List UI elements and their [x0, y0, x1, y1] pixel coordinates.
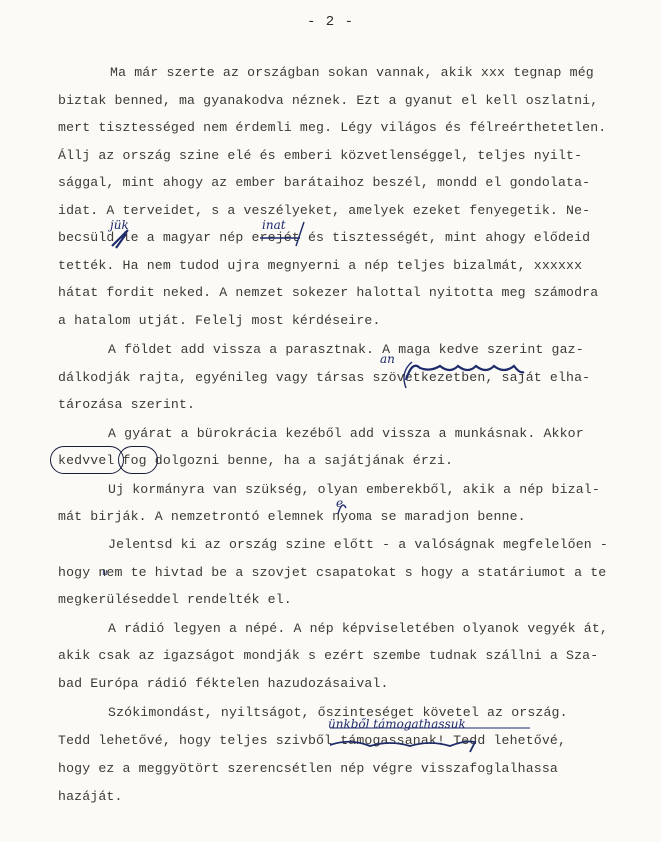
handwritten-circle — [118, 446, 158, 474]
handwritten-marks — [0, 0, 661, 842]
document-page: - 2 - Ma már szerte az országban sokan v… — [0, 0, 661, 842]
handwritten-circle — [50, 446, 124, 474]
